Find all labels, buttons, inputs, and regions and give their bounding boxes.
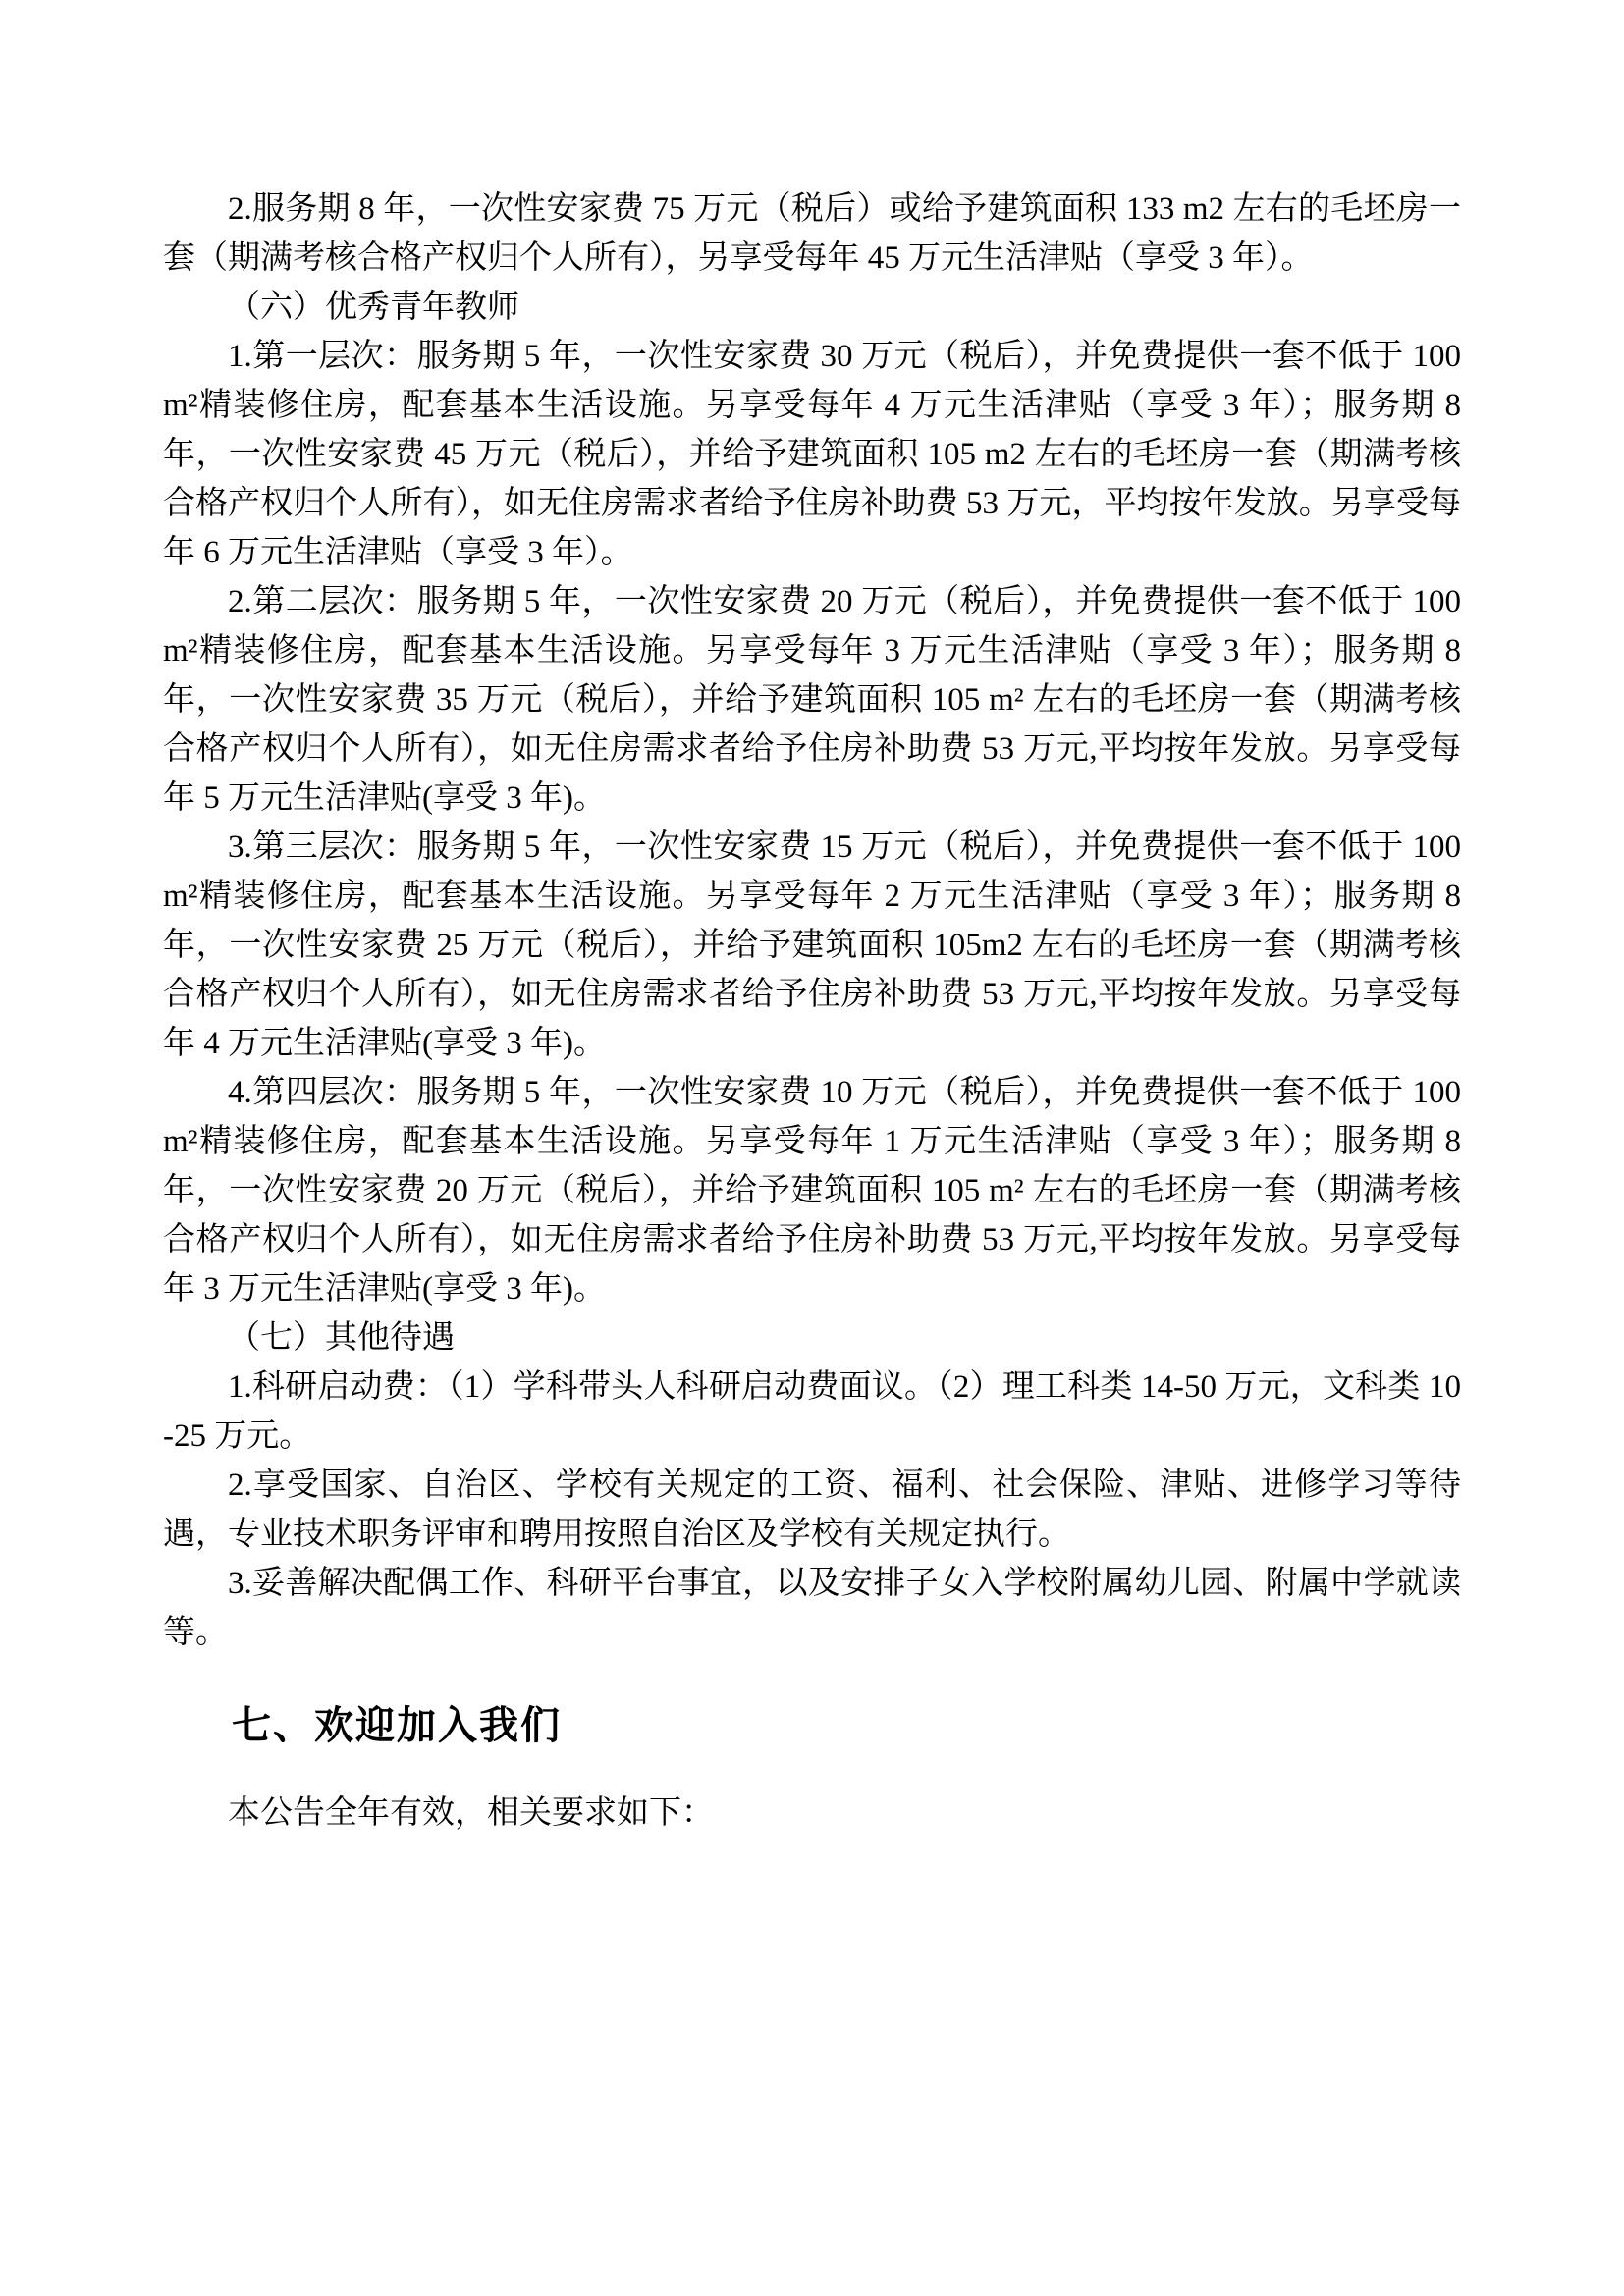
section-label-seven: （七）其他待遇 xyxy=(163,1313,1461,1362)
paragraph-family-support: 3.妥善解决配偶工作、科研平台事宜，以及安排子女入学校附属幼儿园、附属中学就读等… xyxy=(163,1559,1461,1657)
section-heading-welcome: 七、欢迎加入我们 xyxy=(163,1700,1461,1751)
paragraph-tier-4: 4.第四层次：服务期 5 年，一次性安家费 10 万元（税后），并免费提供一套不… xyxy=(163,1068,1461,1313)
document-content: 2.服务期 8 年，一次性安家费 75 万元（税后）或给予建筑面积 133 m2… xyxy=(163,185,1461,1838)
section-label-six: （六）优秀青年教师 xyxy=(163,283,1461,332)
paragraph-research-fund: 1.科研启动费：（1）学科带头人科研启动费面议。（2）理工科类 14-50 万元… xyxy=(163,1362,1461,1461)
paragraph-tier-1: 1.第一层次：服务期 5 年，一次性安家费 30 万元（税后），并免费提供一套不… xyxy=(163,332,1461,577)
paragraph-validity-note: 本公告全年有效，相关要求如下： xyxy=(163,1789,1461,1838)
paragraph-welfare: 2.享受国家、自治区、学校有关规定的工资、福利、社会保险、津贴、进修学习等待遇，… xyxy=(163,1461,1461,1559)
paragraph-tier-2: 2.第二层次：服务期 5 年，一次性安家费 20 万元（税后），并免费提供一套不… xyxy=(163,577,1461,823)
document-page: 2.服务期 8 年，一次性安家费 75 万元（税后）或给予建筑面积 133 m2… xyxy=(0,0,1624,2296)
paragraph-tier-3: 3.第三层次：服务期 5 年，一次性安家费 15 万元（税后），并免费提供一套不… xyxy=(163,823,1461,1068)
paragraph-benefit-8yr: 2.服务期 8 年，一次性安家费 75 万元（税后）或给予建筑面积 133 m2… xyxy=(163,185,1461,283)
